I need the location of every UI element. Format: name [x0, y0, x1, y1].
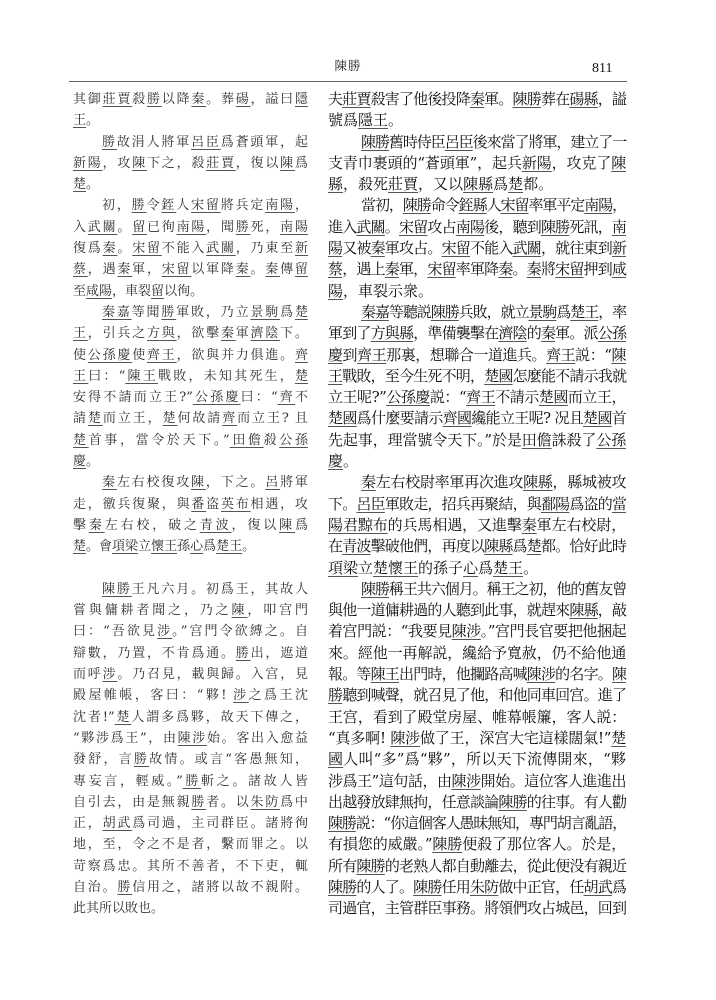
text-line: 夫莊賈殺害了他後投降秦軍。陳勝葬在碭縣，謚: [328, 89, 626, 110]
proper-noun-underline: 涉: [103, 667, 118, 682]
original-paragraph: 初，勝令銍人宋留將兵定南陽， 入武關。留已徇南陽，聞勝死，南陽 復爲秦。宋留不能…: [73, 195, 308, 301]
proper-noun-underline: 秦: [541, 324, 555, 342]
proper-noun-underline: 王: [328, 367, 342, 385]
proper-noun-underline: 陳勝: [498, 793, 526, 811]
proper-noun-underline: 楚國: [583, 409, 612, 427]
proper-noun-underline: 呂臣: [445, 133, 473, 151]
text-line: 軍到了方與縣，準備襲擊在濟陰的秦軍。派公孫: [328, 323, 626, 344]
proper-noun-underline: 武關: [88, 220, 118, 235]
proper-noun-underline: 朱防: [470, 878, 498, 896]
proper-noun-underline: 陳: [612, 665, 626, 683]
text-line: 曰：“吾欲見涉。”宫門令欲縛之。自: [73, 621, 308, 642]
text-line: 此其所以敗也。: [73, 898, 308, 919]
proper-noun-underline: 慶: [328, 346, 343, 364]
proper-noun-underline: 勝: [236, 220, 251, 235]
proper-noun-underline: 陳勝: [413, 878, 441, 896]
proper-noun-underline: 王: [73, 113, 86, 128]
text-line: 秦嘉等聞勝軍敗，乃立景駒爲楚: [73, 302, 308, 323]
proper-noun-underline: 勝: [191, 795, 206, 810]
proper-noun-underline: 景駒: [250, 305, 280, 320]
proper-noun-underline: 當: [612, 495, 626, 513]
proper-noun-underline: 勝: [117, 880, 132, 895]
proper-noun-underline: 楚: [163, 411, 178, 426]
text-line: 使公孫慶使齊王，欲與并力俱進。齊: [73, 345, 308, 366]
proper-noun-underline: 南陽: [280, 220, 308, 235]
header-rule-divider: [69, 81, 627, 82]
proper-noun-underline: 蔡: [73, 262, 88, 277]
proper-noun-underline: 碭: [236, 92, 251, 107]
proper-noun-underline: 公孫慶: [193, 390, 241, 405]
proper-noun-underline: 南陽: [456, 218, 484, 236]
proper-noun-underline: 方與: [147, 326, 177, 341]
proper-noun-underline: 陳: [132, 156, 147, 171]
proper-noun-underline: 楚: [88, 411, 103, 426]
proper-noun-underline: 涉: [233, 688, 248, 703]
text-line: 安得不請而立王?”公孫慶曰：“齊不: [73, 387, 308, 408]
proper-noun-underline: 楚: [295, 305, 308, 320]
text-line: 嘗與傭耕者聞之，乃之陳，叩宫門: [73, 600, 308, 621]
proper-noun-underline: 公孫: [279, 433, 308, 448]
proper-noun-underline: 隱王: [358, 111, 388, 129]
proper-noun-underline: 陳勝: [431, 303, 459, 321]
proper-noun-underline: 慶: [328, 452, 343, 470]
proper-noun-underline: 宋留: [501, 196, 529, 214]
translation-paragraph: 當初，陳勝命令銍縣人宋留率軍平定南陽， 進入武關。宋留攻占南陽後，聽到陳勝死訊，…: [328, 195, 626, 301]
proper-noun-underline: 留: [295, 262, 308, 277]
proper-noun-underline: 胡武: [103, 816, 133, 831]
text-line: 請楚而立王，楚何故請齊而立王? 且: [73, 408, 308, 429]
proper-noun-underline: 田儋: [230, 433, 264, 448]
proper-noun-underline: 武關: [356, 218, 384, 236]
proper-noun-underline: 楚王: [570, 303, 598, 321]
proper-noun-underline: 陳縣: [463, 175, 493, 193]
text-line: 楚。會項梁立懷王孫心爲楚王。: [73, 536, 308, 557]
proper-noun-underline: 陳涉: [178, 731, 207, 746]
proper-noun-underline: 齊: [278, 390, 295, 405]
proper-noun-underline: 南陽: [584, 196, 612, 214]
proper-noun-underline: 秦: [371, 239, 385, 257]
proper-noun-underline: 隱: [295, 92, 308, 107]
proper-noun-underline: 胡武: [584, 878, 612, 896]
proper-noun-underline: 莊賈: [103, 92, 133, 107]
text-line: 秦左右校復攻陳，下之。呂將軍: [73, 472, 308, 493]
text-line: 其御莊賈殺勝以降秦。葬碭，謚曰隱: [73, 89, 308, 110]
proper-noun-underline: 陳縣: [523, 473, 552, 491]
proper-noun-underline: 陳: [232, 603, 248, 618]
proper-noun-underline: 銍: [161, 198, 176, 213]
proper-noun-underline: 陳縣: [569, 601, 597, 619]
text-line: 先起事，理當號令天下。”於是田儋誅殺了公孫: [328, 430, 626, 451]
text-line: 蔡，遇上秦軍，宋留率軍降秦。秦將宋留押到咸: [328, 259, 626, 280]
text-line: 項梁立楚懷王的孫子心爲楚王。: [328, 558, 626, 579]
proper-noun-underline: 楚: [73, 433, 89, 448]
text-line: 陳勝舊時侍臣呂臣後來當了將軍，建立了一: [328, 132, 626, 153]
text-line: 出越發放肆無拘，任意談論陳勝的往事。有人勸: [328, 792, 626, 813]
text-line: 秦左右校尉率軍再次進攻陳縣，縣城被攻: [328, 472, 626, 493]
proper-noun-underline: 陳勝: [361, 133, 389, 151]
text-line: 苛察爲忠。其所不善者，不下吏，輒: [73, 856, 308, 877]
proper-noun-underline: 宋留: [442, 239, 470, 257]
proper-noun-underline: 田儋: [522, 431, 552, 449]
text-line: 與他一道傭耕過的人聽到此事，就趕來陳縣，敲: [328, 600, 626, 621]
proper-noun-underline: 國: [328, 750, 343, 768]
text-line: 陳勝説：“你這個客人愚昧無知，專門胡言亂語，: [328, 813, 626, 834]
proper-noun-underline: 陳涉: [527, 665, 555, 683]
proper-noun-underline: 楚國: [328, 409, 357, 427]
original-paragraph: 陳勝王凡六月。初爲王，其故人 嘗與傭耕者聞之，乃之陳，叩宫門 曰：“吾欲見涉。”…: [73, 579, 308, 920]
proper-noun-underline: 陳勝: [541, 218, 569, 236]
proper-noun-underline: 新: [295, 241, 308, 256]
proper-noun-underline: 心: [190, 539, 203, 554]
proper-noun-underline: 勝: [134, 752, 149, 767]
text-line: 國人叫“多”爲“夥”，所以天下流傳開來，“夥: [328, 749, 626, 770]
text-line: 來。經他一再解説，纔給予寬赦，仍不給他通: [328, 643, 626, 664]
text-line: 王宫，看到了殿堂房屋、帷幕帳簾，客人説：: [328, 707, 626, 728]
proper-noun-underline: 項梁: [328, 559, 358, 577]
proper-noun-underline: 王: [73, 369, 88, 384]
proper-noun-underline: 秦: [470, 90, 484, 108]
translation-paragraph: 陳勝舊時侍臣呂臣後來當了將軍，建立了一 支青巾裹頭的“蒼頭軍”，起兵新陽，攻克了…: [328, 132, 626, 196]
proper-noun-underline: 陳王: [125, 369, 158, 384]
proper-noun-underline: 楚: [611, 729, 626, 747]
text-line: 勝聽到喊聲，就召見了他，和他同車回宫。進了: [328, 685, 626, 706]
proper-noun-underline: 景駒: [528, 303, 556, 321]
proper-noun-underline: 英布: [221, 497, 251, 512]
proper-noun-underline: 陳勝: [403, 196, 431, 214]
text-line: 王戰敗，至今生死不明，楚國怎麼能不請示我就: [328, 366, 626, 387]
original-paragraph: 秦左右校復攻陳，下之。呂將軍 走，徼兵復聚，與番盗英布相遇，攻 擊秦左右校，破之…: [73, 472, 308, 557]
text-line: 陽又被秦軍攻占。宋留不能入武關，就往東到新: [328, 238, 626, 259]
text-line: 自引去，由是無親勝者。以朱防爲中: [73, 792, 308, 813]
proper-noun-underline: 新陽: [522, 154, 552, 172]
proper-noun-underline: 陳涉: [452, 772, 481, 790]
proper-noun-underline: 楚王: [493, 559, 523, 577]
proper-noun-underline: 黥布: [358, 516, 388, 534]
original-paragraph: 勝故涓人將軍呂臣爲蒼頭軍，起 新陽，攻陳下之，殺莊賈，復以陳爲 楚。: [73, 132, 308, 196]
proper-noun-underline: 陽: [328, 239, 342, 257]
text-line: 復爲秦。宋留不能入武關，乃東至新: [73, 238, 308, 259]
proper-noun-underline: 南陽: [265, 198, 295, 213]
proper-noun-underline: 秦: [103, 241, 118, 256]
proper-noun-underline: 楚懷王: [373, 559, 418, 577]
proper-noun-underline: 銍縣: [459, 196, 487, 214]
proper-noun-underline: 懷王: [151, 539, 177, 554]
proper-noun-underline: 齊王: [357, 346, 386, 364]
proper-noun-underline: 陳勝: [328, 878, 356, 896]
proper-noun-underline: 宋留: [162, 262, 192, 277]
proper-noun-underline: 陳: [279, 518, 295, 533]
proper-noun-underline: 楚: [508, 175, 523, 193]
text-line: 司過官，主管群臣事務。將領們攻占城邑，回到: [328, 898, 626, 919]
text-line: 初，勝令銍人宋留將兵定南陽，: [73, 195, 308, 216]
proper-noun-underline: 陳勝: [513, 90, 541, 108]
translation-paragraph: 陳勝稱王共六個月。稱王之初，他的舊友曾 與他一道傭耕過的人聽到此事，就趕來陳縣，…: [328, 579, 626, 920]
proper-noun-underline: 方與縣: [371, 324, 414, 342]
proper-noun-underline: 秦: [265, 262, 280, 277]
proper-noun-underline: 陳: [280, 156, 295, 171]
proper-noun-underline: 勝: [183, 774, 201, 789]
text-line: 專妄言，輕威。”勝斬之。諸故人皆: [73, 771, 308, 792]
proper-noun-underline: 楚: [295, 369, 308, 384]
proper-noun-underline: 新: [612, 239, 626, 257]
translation-paragraph: 秦嘉等聽説陳勝兵敗，就立景駒爲楚王，率 軍到了方與縣，準備襲擊在濟陰的秦軍。派公…: [328, 302, 626, 472]
text-line: 擊秦左右校，破之青波，復以陳爲: [73, 515, 308, 536]
page-number: 811: [592, 61, 612, 77]
proper-noun-underline: 南: [612, 218, 626, 236]
proper-noun-underline: 楚: [527, 537, 541, 555]
proper-noun-underline: 陳勝: [356, 857, 384, 875]
text-line: 入武關。留已徇南陽，聞勝死，南陽: [73, 217, 308, 238]
proper-noun-underline: 公孫: [596, 431, 626, 449]
proper-noun-underline: 齊王: [466, 388, 495, 406]
text-line: 進入武關。宋留攻占南陽後，聽到陳勝死訊，南: [328, 217, 626, 238]
text-line: 慶。: [73, 451, 308, 472]
proper-noun-underline: 陳勝: [432, 835, 462, 853]
proper-noun-underline: 齊: [222, 411, 237, 426]
text-line: 當初，陳勝命令銍縣人宋留率軍平定南陽，: [328, 195, 626, 216]
proper-noun-underline: 秦嘉: [102, 305, 132, 320]
proper-noun-underline: 勝: [132, 198, 147, 213]
text-line: 王。: [73, 110, 308, 131]
proper-noun-underline: 慶: [73, 454, 86, 469]
proper-noun-underline: 宋留: [555, 260, 583, 278]
text-line: 所有陳勝的老熟人都自動離去，從此便没有親近: [328, 856, 626, 877]
proper-noun-underline: 陳: [611, 346, 626, 364]
proper-noun-underline: 陳勝: [102, 582, 132, 597]
text-line: 殿屋帷帳，客曰：“夥! 涉之爲王沈: [73, 685, 308, 706]
text-line: “真多啊! 陳涉做了王，深宫大宅這樣闊氣!”楚: [328, 728, 626, 749]
translation-paragraph: 夫莊賈殺害了他後投降秦軍。陳勝葬在碭縣，謚 號爲隱王。: [328, 89, 626, 132]
proper-noun-underline: 陳勝: [328, 814, 356, 832]
proper-noun-underline: 秦: [102, 475, 117, 490]
proper-noun-underline: 楚國: [539, 388, 568, 406]
proper-noun-underline: 陽: [328, 282, 343, 300]
proper-noun-underline: 楚: [73, 177, 86, 192]
proper-noun-underline: 公孫慶: [88, 348, 132, 363]
text-line: 王，引兵之方與，欲擊秦軍濟陰下。: [73, 323, 308, 344]
text-line: 楚。: [73, 174, 308, 195]
proper-noun-underline: 宋留: [132, 241, 162, 256]
text-line: 涉爲王”這句話，由陳涉開始。這位客人進進出: [328, 771, 626, 792]
text-line: 有損您的威嚴。”陳勝便殺了那位客人。於是，: [328, 834, 626, 855]
text-line: “夥涉爲王”，由陳涉始。客出入愈益: [73, 728, 308, 749]
proper-noun-underline: 武關: [206, 241, 236, 256]
proper-noun-underline: 秦: [527, 260, 541, 278]
text-line: 報。等陳王出門時，他攔路高喊陳涉的名字。陳: [328, 664, 626, 685]
proper-noun-underline: 宋留: [427, 260, 455, 278]
proper-noun-underline: 朱防: [251, 795, 281, 810]
text-line: 而呼涉。乃召見，載與歸。入宫，見: [73, 664, 308, 685]
text-line: 自治。勝信用之，諸將以故不親附。: [73, 877, 308, 898]
original-paragraph: 其御莊賈殺勝以降秦。葬碭，謚曰隱 王。: [73, 89, 308, 132]
proper-noun-underline: 青波: [200, 518, 232, 533]
proper-noun-underline: 王: [73, 326, 88, 341]
proper-noun-underline: 秦: [361, 473, 376, 491]
proper-noun-underline: 秦: [191, 92, 206, 107]
proper-noun-underline: 蔡: [328, 260, 342, 278]
text-line: 陳勝王凡六月。初爲王，其故人: [73, 579, 308, 600]
translation-paragraph: 秦左右校尉率軍再次進攻陳縣，縣城被攻 下。呂臣軍敗走，招兵再聚結，與鄱陽爲盗的當…: [328, 472, 626, 578]
proper-noun-underline: 陳王: [371, 665, 399, 683]
text-line: 新陽，攻陳下之，殺莊賈，復以陳爲: [73, 153, 308, 174]
text-line: 正，胡武爲司過，主司群臣。諸將徇: [73, 813, 308, 834]
proper-noun-underline: 陳勝: [361, 580, 389, 598]
proper-noun-underline: 留: [132, 220, 147, 235]
proper-noun-underline: 咸陽: [86, 284, 112, 299]
proper-noun-underline: 勝: [147, 92, 162, 107]
proper-noun-underline: 縣: [328, 175, 343, 193]
proper-noun-underline: 碭縣: [569, 90, 597, 108]
proper-noun-underline: 勝: [328, 686, 342, 704]
proper-noun-underline: 楚: [115, 710, 132, 725]
text-line: 着宫門説：“我要見陳涉。”宫門長官要把他捆起: [328, 621, 626, 642]
proper-noun-underline: 齊王: [147, 348, 177, 363]
text-line: 慶。: [328, 451, 626, 472]
proper-noun-underline: 呂臣: [191, 135, 221, 150]
proper-noun-underline: 陳: [611, 154, 626, 172]
text-line: 楚國爲什麼要請示齊國纔能立王呢? 况且楚國首: [328, 408, 626, 429]
proper-noun-underline: 陳縣: [484, 537, 512, 555]
text-line: 至咸陽，車裂留以徇。: [73, 281, 308, 302]
proper-noun-underline: 秦: [89, 518, 105, 533]
text-line: 蔡，遇秦軍，宋留以軍降秦。秦傳留: [73, 259, 308, 280]
text-line: 發舒，言勝故情。或言“客愚無知，: [73, 749, 308, 770]
proper-noun-underline: 宋留: [191, 198, 221, 213]
text-line: 陳勝稱王共六個月。稱王之初，他的舊友曾: [328, 579, 626, 600]
proper-noun-underline: 陽君: [328, 516, 358, 534]
proper-noun-underline: 陳: [191, 475, 206, 490]
parallel-text-body: 其御莊賈殺勝以降秦。葬碭，謚曰隱 王。 夫莊賈殺害了他後投降秦軍。陳勝葬在碭縣，…: [73, 89, 626, 920]
text-line: 慶到齊王那裏，想聯合一道進兵。齊王説：“陳: [328, 345, 626, 366]
text-line: 陳勝的人了。陳勝任用朱防做中正官，任胡武爲: [328, 877, 626, 898]
proper-noun-underline: 公孫慶: [386, 388, 430, 406]
proper-noun-underline: 秦嘉: [361, 303, 389, 321]
proper-noun-underline: 楚王: [216, 539, 242, 554]
text-line: 陽，車裂示衆。: [328, 281, 626, 302]
proper-noun-underline: 秦: [221, 326, 236, 341]
proper-noun-underline: 涉: [157, 624, 172, 639]
proper-noun-underline: 青波: [342, 537, 370, 555]
proper-noun-underline: 秦: [522, 516, 537, 534]
text-line: 支青巾裹頭的“蒼頭軍”，起兵新陽，攻克了陳: [328, 153, 626, 174]
proper-noun-underline: 呂臣: [356, 495, 384, 513]
proper-noun-underline: 勝: [161, 305, 176, 320]
text-line: 沈者!”楚人謂多爲夥，故天下傳之，: [73, 707, 308, 728]
book-page: 陳勝 811 其御莊賈殺勝以降秦。葬碭，謚曰隱 王。 夫莊賈殺害了他後投降秦軍。…: [0, 0, 716, 1000]
proper-noun-underline: 莊賈: [342, 90, 370, 108]
proper-noun-underline: 番: [191, 497, 206, 512]
proper-noun-underline: 莊賈: [206, 156, 236, 171]
proper-noun-underline: 陳涉: [452, 622, 481, 640]
proper-noun-underline: 勝: [102, 135, 117, 150]
proper-noun-underline: 秦: [498, 260, 512, 278]
original-paragraph: 秦嘉等聞勝軍敗，乃立景駒爲楚 王，引兵之方與，欲擊秦軍濟陰下。 使公孫慶使齊王，…: [73, 302, 308, 472]
text-line: 縣，殺死莊賈，又以陳縣爲楚都。: [328, 174, 626, 195]
text-line: 陽君黥布的兵馬相遇，又進擊秦軍左右校尉，: [328, 515, 626, 536]
text-line: 楚首事，當令於天下。”田儋殺公孫: [73, 430, 308, 451]
proper-noun-underline: 齊: [295, 348, 308, 363]
proper-noun-underline: 南陽: [177, 220, 207, 235]
proper-noun-underline: 呂: [265, 475, 280, 490]
text-line: 王曰：“陳王戰敗，未知其死生，楚: [73, 366, 308, 387]
text-line: 辯數，乃置，不肯爲通。勝出，遮道: [73, 643, 308, 664]
proper-noun-underline: 陳涉: [390, 729, 420, 747]
text-line: 立王呢?”公孫慶説：“齊王不請示楚國而立王，: [328, 387, 626, 408]
proper-noun-underline: 齊王: [546, 346, 575, 364]
proper-noun-underline: 新陽: [73, 156, 103, 171]
proper-noun-underline: 咸: [612, 260, 626, 278]
proper-noun-underline: 楚國: [484, 367, 512, 385]
proper-noun-underline: 齊國: [443, 409, 472, 427]
proper-noun-underline: 濟陰: [251, 326, 281, 341]
proper-noun-underline: 鄱陽: [541, 495, 569, 513]
proper-noun-underline: 武關: [513, 239, 541, 257]
text-line: 勝故涓人將軍呂臣爲蒼頭軍，起: [73, 132, 308, 153]
proper-noun-underline: 勝: [236, 646, 251, 661]
text-line: 地，至，令之不是者，繫而罪之。以: [73, 834, 308, 855]
proper-noun-underline: 楚: [73, 539, 86, 554]
proper-noun-underline: 濟陰: [498, 324, 526, 342]
proper-noun-underline: 莊賈: [388, 175, 418, 193]
proper-noun-underline: 公孫: [598, 324, 626, 342]
proper-noun-underline: 項梁: [112, 539, 138, 554]
text-line: 在青波擊破他們，再度以陳縣爲楚都。恰好此時: [328, 536, 626, 557]
text-line: 下。呂臣軍敗走，招兵再聚結，與鄱陽爲盗的當: [328, 494, 626, 515]
proper-noun-underline: 留: [151, 284, 164, 299]
text-line: 號爲隱王。: [328, 110, 626, 131]
text-line: 秦嘉等聽説陳勝兵敗，就立景駒爲楚王，率: [328, 302, 626, 323]
proper-noun-underline: 秦: [236, 262, 251, 277]
text-line: 走，徼兵復聚，與番盗英布相遇，攻: [73, 494, 308, 515]
proper-noun-underline: 宋留: [399, 218, 427, 236]
proper-noun-underline: 秦: [117, 262, 132, 277]
proper-noun-underline: 心: [463, 559, 478, 577]
proper-noun-underline: 秦: [385, 260, 399, 278]
